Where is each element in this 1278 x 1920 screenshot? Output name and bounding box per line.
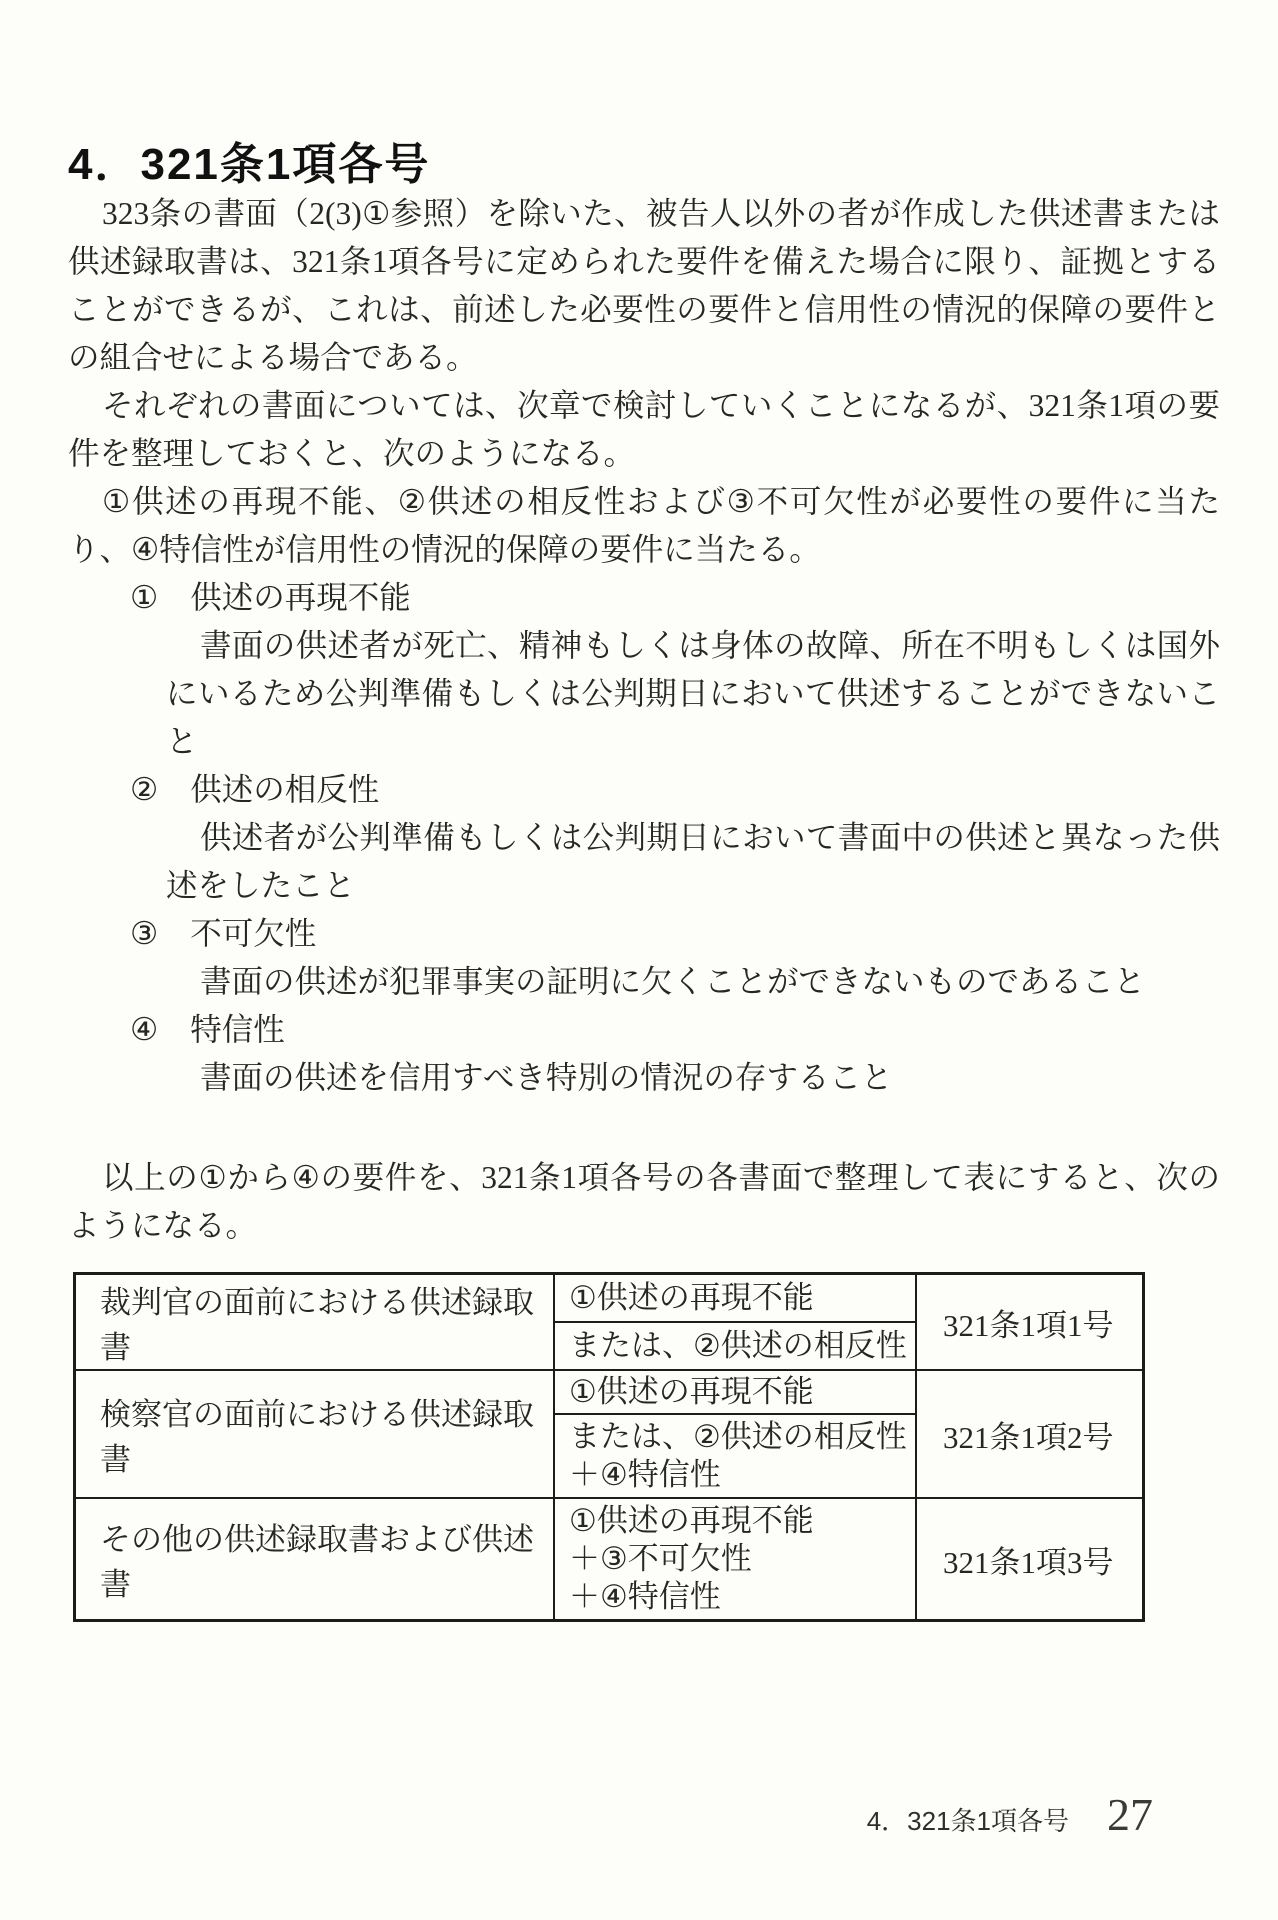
- list-item-heading: 特信性: [190, 1012, 285, 1047]
- table-row: 裁判官の面前における供述録取書 ①供述の再現不能 または、②供述の相反性 321…: [76, 1275, 1142, 1369]
- article-cell: 321条1項2号: [917, 1371, 1142, 1497]
- footer-section-label: 4．321条1項各号: [867, 1801, 1069, 1838]
- footer: 4．321条1項各号 27: [867, 1788, 1153, 1841]
- list-item-title: ③不可欠性: [68, 910, 1220, 958]
- list-item-title: ④特信性: [68, 1006, 1220, 1054]
- doc-type-cell: 裁判官の面前における供述録取書: [76, 1275, 555, 1369]
- list-item-body: 供述者が公判準備もしくは公判期日において書面中の供述と異なった供述をしたこと: [166, 814, 1220, 910]
- requirement-line: または、②供述の相反性: [569, 1418, 915, 1456]
- section-heading: 4．321条1項各号: [68, 140, 1220, 190]
- doc-type-cell: 検察官の面前における供述録取書: [76, 1371, 555, 1497]
- requirements-cell: ①供述の再現不能 または、②供述の相反性: [555, 1275, 917, 1369]
- list-item-number: ③: [130, 916, 158, 951]
- list-item-body: 書面の供述者が死亡、精神もしくは身体の故障、所在不明もしくは国外にいるため公判準…: [166, 622, 1220, 766]
- doc-type-cell: その他の供述録取書および供述書: [76, 1499, 555, 1619]
- paragraph-overview: それぞれの書面については、次章で検討していくことになるが、321条1項の要件を整…: [68, 382, 1220, 478]
- summary-table: 裁判官の面前における供述録取書 ①供述の再現不能 または、②供述の相反性 321…: [73, 1272, 1145, 1622]
- list-item-heading: 不可欠性: [190, 916, 316, 951]
- requirement-line: ＋④特信性: [569, 1578, 915, 1616]
- table-row: その他の供述録取書および供述書 ①供述の再現不能 ＋③不可欠性 ＋④特信性 32…: [76, 1497, 1142, 1619]
- requirement-group: ①供述の再現不能 ＋③不可欠性 ＋④特信性: [555, 1499, 915, 1619]
- list-item-body: 書面の供述を信用すべき特別の情況の存すること: [166, 1054, 1220, 1102]
- table-row: 検察官の面前における供述録取書 ①供述の再現不能 または、②供述の相反性 ＋④特…: [76, 1369, 1142, 1497]
- list-item-heading: 供述の相反性: [190, 772, 379, 807]
- requirement-line: ①供述の再現不能: [555, 1275, 915, 1321]
- list-item-number: ②: [130, 772, 158, 807]
- requirements-cell: ①供述の再現不能 ＋③不可欠性 ＋④特信性: [555, 1499, 917, 1619]
- book-page: 4．321条1項各号 323条の書面（2(3)①参照）を除いた、被告人以外の者が…: [0, 0, 1278, 1920]
- paragraph-closing: 以上の①から④の要件を、321条1項各号の各書面で整理して表にすると、次のように…: [68, 1154, 1220, 1250]
- requirement-line: ①供述の再現不能: [555, 1371, 915, 1413]
- article-cell: 321条1項1号: [917, 1275, 1142, 1369]
- requirement-line: ＋④特信性: [569, 1456, 915, 1494]
- requirement-line: ①供述の再現不能: [569, 1502, 915, 1540]
- list-item-heading: 供述の再現不能: [190, 580, 411, 615]
- requirements-cell: ①供述の再現不能 または、②供述の相反性 ＋④特信性: [555, 1371, 917, 1497]
- list-item-number: ①: [130, 580, 158, 615]
- paragraph-intro: 323条の書面（2(3)①参照）を除いた、被告人以外の者が作成した供述書または供…: [68, 190, 1220, 382]
- requirement-line: または、②供述の相反性: [555, 1321, 915, 1369]
- page-number: 27: [1107, 1788, 1153, 1841]
- paragraph-requirements: ①供述の再現不能、②供述の相反性および③不可欠性が必要性の要件に当たり、④特信性…: [68, 478, 1220, 574]
- list-item-title: ①供述の再現不能: [68, 574, 1220, 622]
- requirement-group: または、②供述の相反性 ＋④特信性: [555, 1413, 915, 1497]
- list-item-number: ④: [130, 1012, 158, 1047]
- list-item-title: ②供述の相反性: [68, 766, 1220, 814]
- requirement-line: ＋③不可欠性: [569, 1540, 915, 1578]
- list-item-body: 書面の供述が犯罪事実の証明に欠くことができないものであること: [166, 958, 1220, 1006]
- article-cell: 321条1項3号: [917, 1499, 1142, 1619]
